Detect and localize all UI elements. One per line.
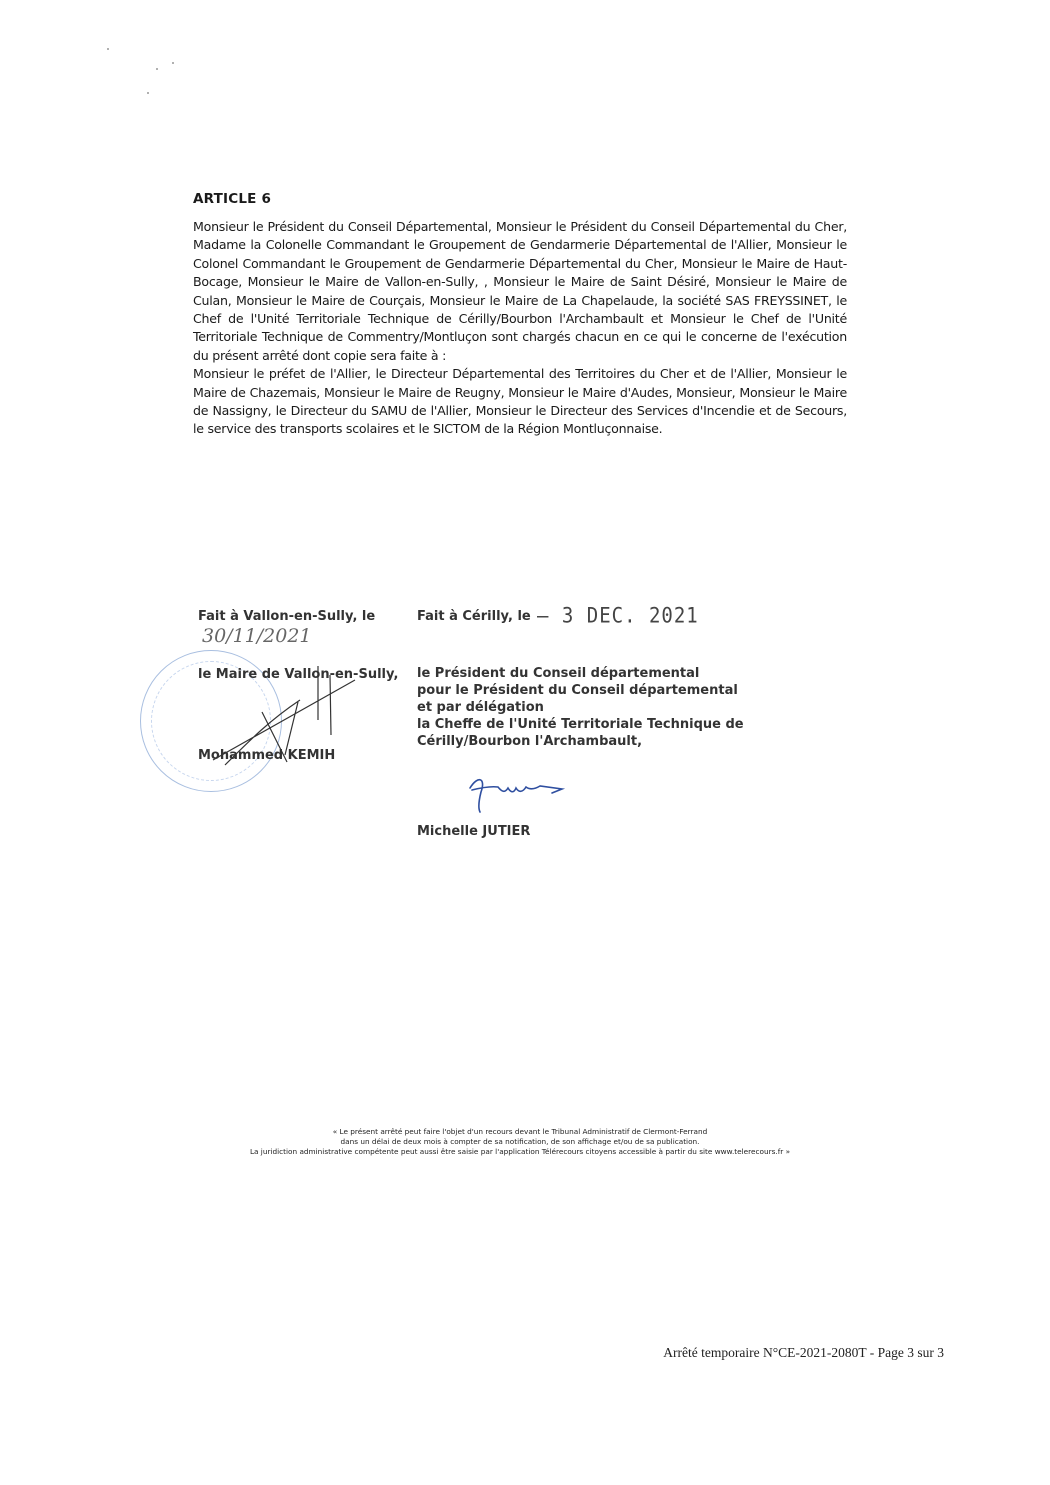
scan-speck bbox=[147, 92, 149, 94]
president-role-line: la Cheffe de l'Unité Territoriale Techni… bbox=[417, 717, 744, 732]
article-title: ARTICLE 6 bbox=[193, 191, 271, 207]
page-footer: Arrêté temporaire N°CE-2021-2080T - Page… bbox=[663, 1345, 944, 1361]
legal-notice-line: « Le présent arrêté peut faire l'objet d… bbox=[180, 1127, 860, 1137]
president-place-line: Fait à Cérilly, le bbox=[417, 609, 531, 624]
president-role-line: Cérilly/Bourbon l'Archambault, bbox=[417, 734, 642, 749]
scan-speck bbox=[172, 62, 174, 64]
president-role-line: pour le Président du Conseil département… bbox=[417, 683, 738, 698]
scan-speck bbox=[107, 48, 109, 50]
article-body: Monsieur le Président du Conseil Départe… bbox=[193, 218, 847, 439]
mayor-name: Mohammed KEMIH bbox=[198, 748, 335, 763]
scan-speck bbox=[156, 68, 158, 70]
president-role-line: le Président du Conseil départemental bbox=[417, 666, 699, 681]
mayor-place-line: Fait à Vallon-en-Sully, le bbox=[198, 609, 375, 624]
mayor-handwritten-date: 30/11/2021 bbox=[202, 625, 312, 647]
stamped-date: – 3 DEC. 2021 bbox=[537, 604, 699, 628]
president-signatory-name: Michelle JUTIER bbox=[417, 824, 530, 839]
article-paragraph-recipients: Monsieur le préfet de l'Allier, le Direc… bbox=[193, 365, 847, 439]
article-paragraph-executors: Monsieur le Président du Conseil Départe… bbox=[193, 218, 847, 365]
mayor-role: le Maire de Vallon-en-Sully, bbox=[198, 667, 398, 682]
president-role-line: et par délégation bbox=[417, 700, 544, 715]
legal-recourse-notice: « Le présent arrêté peut faire l'objet d… bbox=[180, 1127, 860, 1157]
legal-notice-line: La juridiction administrative compétente… bbox=[180, 1147, 860, 1157]
legal-notice-line: dans un délai de deux mois à compter de … bbox=[180, 1137, 860, 1147]
